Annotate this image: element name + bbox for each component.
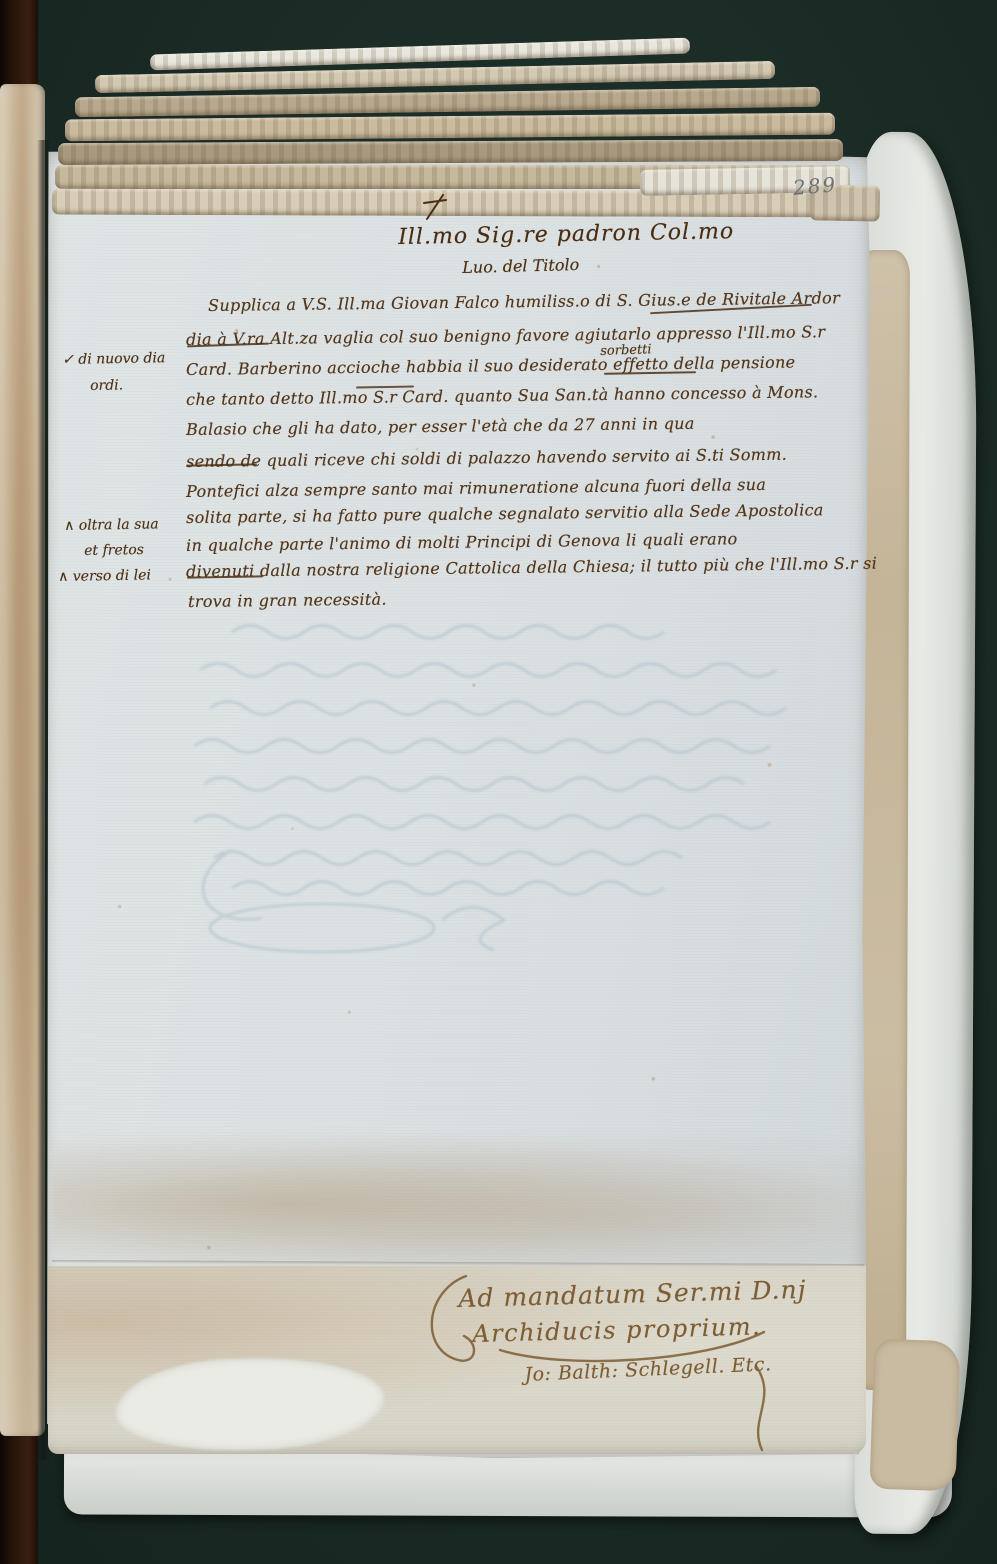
photo-backdrop: 289 Ill.mo Sig.re padron Col.mo Luo. del… (0, 0, 997, 1564)
margin-note: et fretos (84, 542, 144, 559)
body-line: trova in gran necessità. (188, 590, 387, 611)
heading-line-2: Luo. del Titolo (462, 255, 579, 277)
margin-note: ✓ di nuovo dia (62, 350, 165, 368)
paper-edge-strip (58, 139, 843, 165)
margin-note: ordi. (90, 377, 123, 394)
stain-band (52, 1128, 862, 1278)
folio-number: 289 (792, 172, 838, 200)
interlinear-insertion: sorbetti (600, 342, 652, 359)
paper-edge-strip (75, 87, 820, 117)
worn-right-corner-piece (869, 1339, 960, 1492)
margin-note: ∧ oltra la sua (64, 516, 159, 534)
heading-cross-mark (420, 192, 452, 224)
margin-note: ∧ verso di lei (58, 567, 151, 585)
paper-edge-strip (65, 113, 835, 142)
bleedthrough-text (192, 620, 842, 965)
paper-stack-top-edges (0, 0, 997, 250)
